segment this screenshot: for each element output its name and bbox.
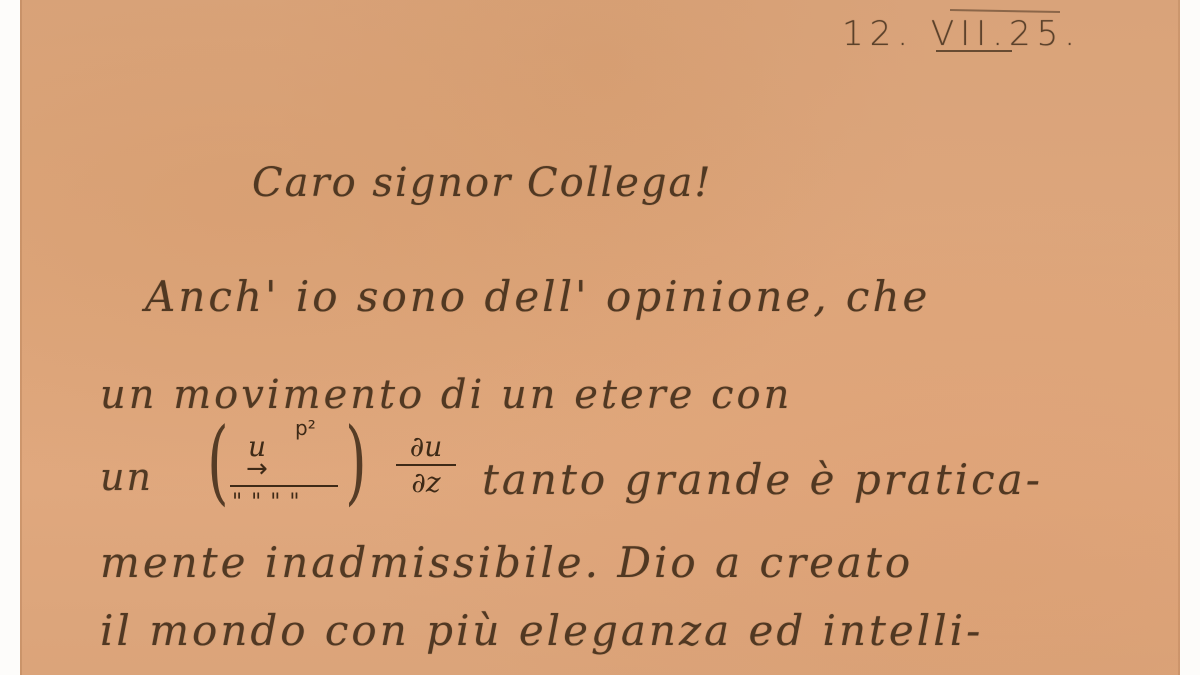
letter-line-1: Anch' io sono dell' opinione, che	[145, 272, 930, 321]
handwritten-formula: ( u p² → " " " " ) ∂u ∂z	[188, 412, 478, 522]
letter-date: 12. VII.25.	[842, 14, 1081, 54]
date-day: 12.	[842, 14, 914, 54]
letter-line-4: mente inadmissibile. Dio a creato	[100, 538, 913, 587]
formula-denominator: " " " "	[232, 490, 300, 515]
date-month: VII	[931, 14, 992, 54]
vector-arrow-icon: →	[246, 456, 268, 482]
letter-salutation: Caro signor Collega!	[252, 160, 712, 206]
letter-line-5: il mondo con più eleganza ed intelli-	[100, 606, 983, 655]
date-year: .25.	[992, 14, 1081, 54]
fraction-bar	[230, 485, 338, 487]
letter-page: 12. VII.25. Caro signor Collega! Anch' i…	[20, 0, 1180, 675]
formula-superscript: p²	[295, 416, 316, 440]
right-parenthesis: )	[345, 416, 367, 508]
left-parenthesis: (	[207, 416, 229, 508]
formula-prefix: un	[100, 455, 153, 499]
date-month-underline	[936, 50, 1012, 52]
derivative-denominator: ∂z	[396, 468, 456, 498]
date-overline	[950, 9, 1060, 13]
letter-line-3: tanto grande è pratica-	[482, 455, 1043, 504]
derivative-numerator: ∂u	[396, 432, 456, 462]
partial-derivative: ∂u ∂z	[396, 432, 456, 498]
